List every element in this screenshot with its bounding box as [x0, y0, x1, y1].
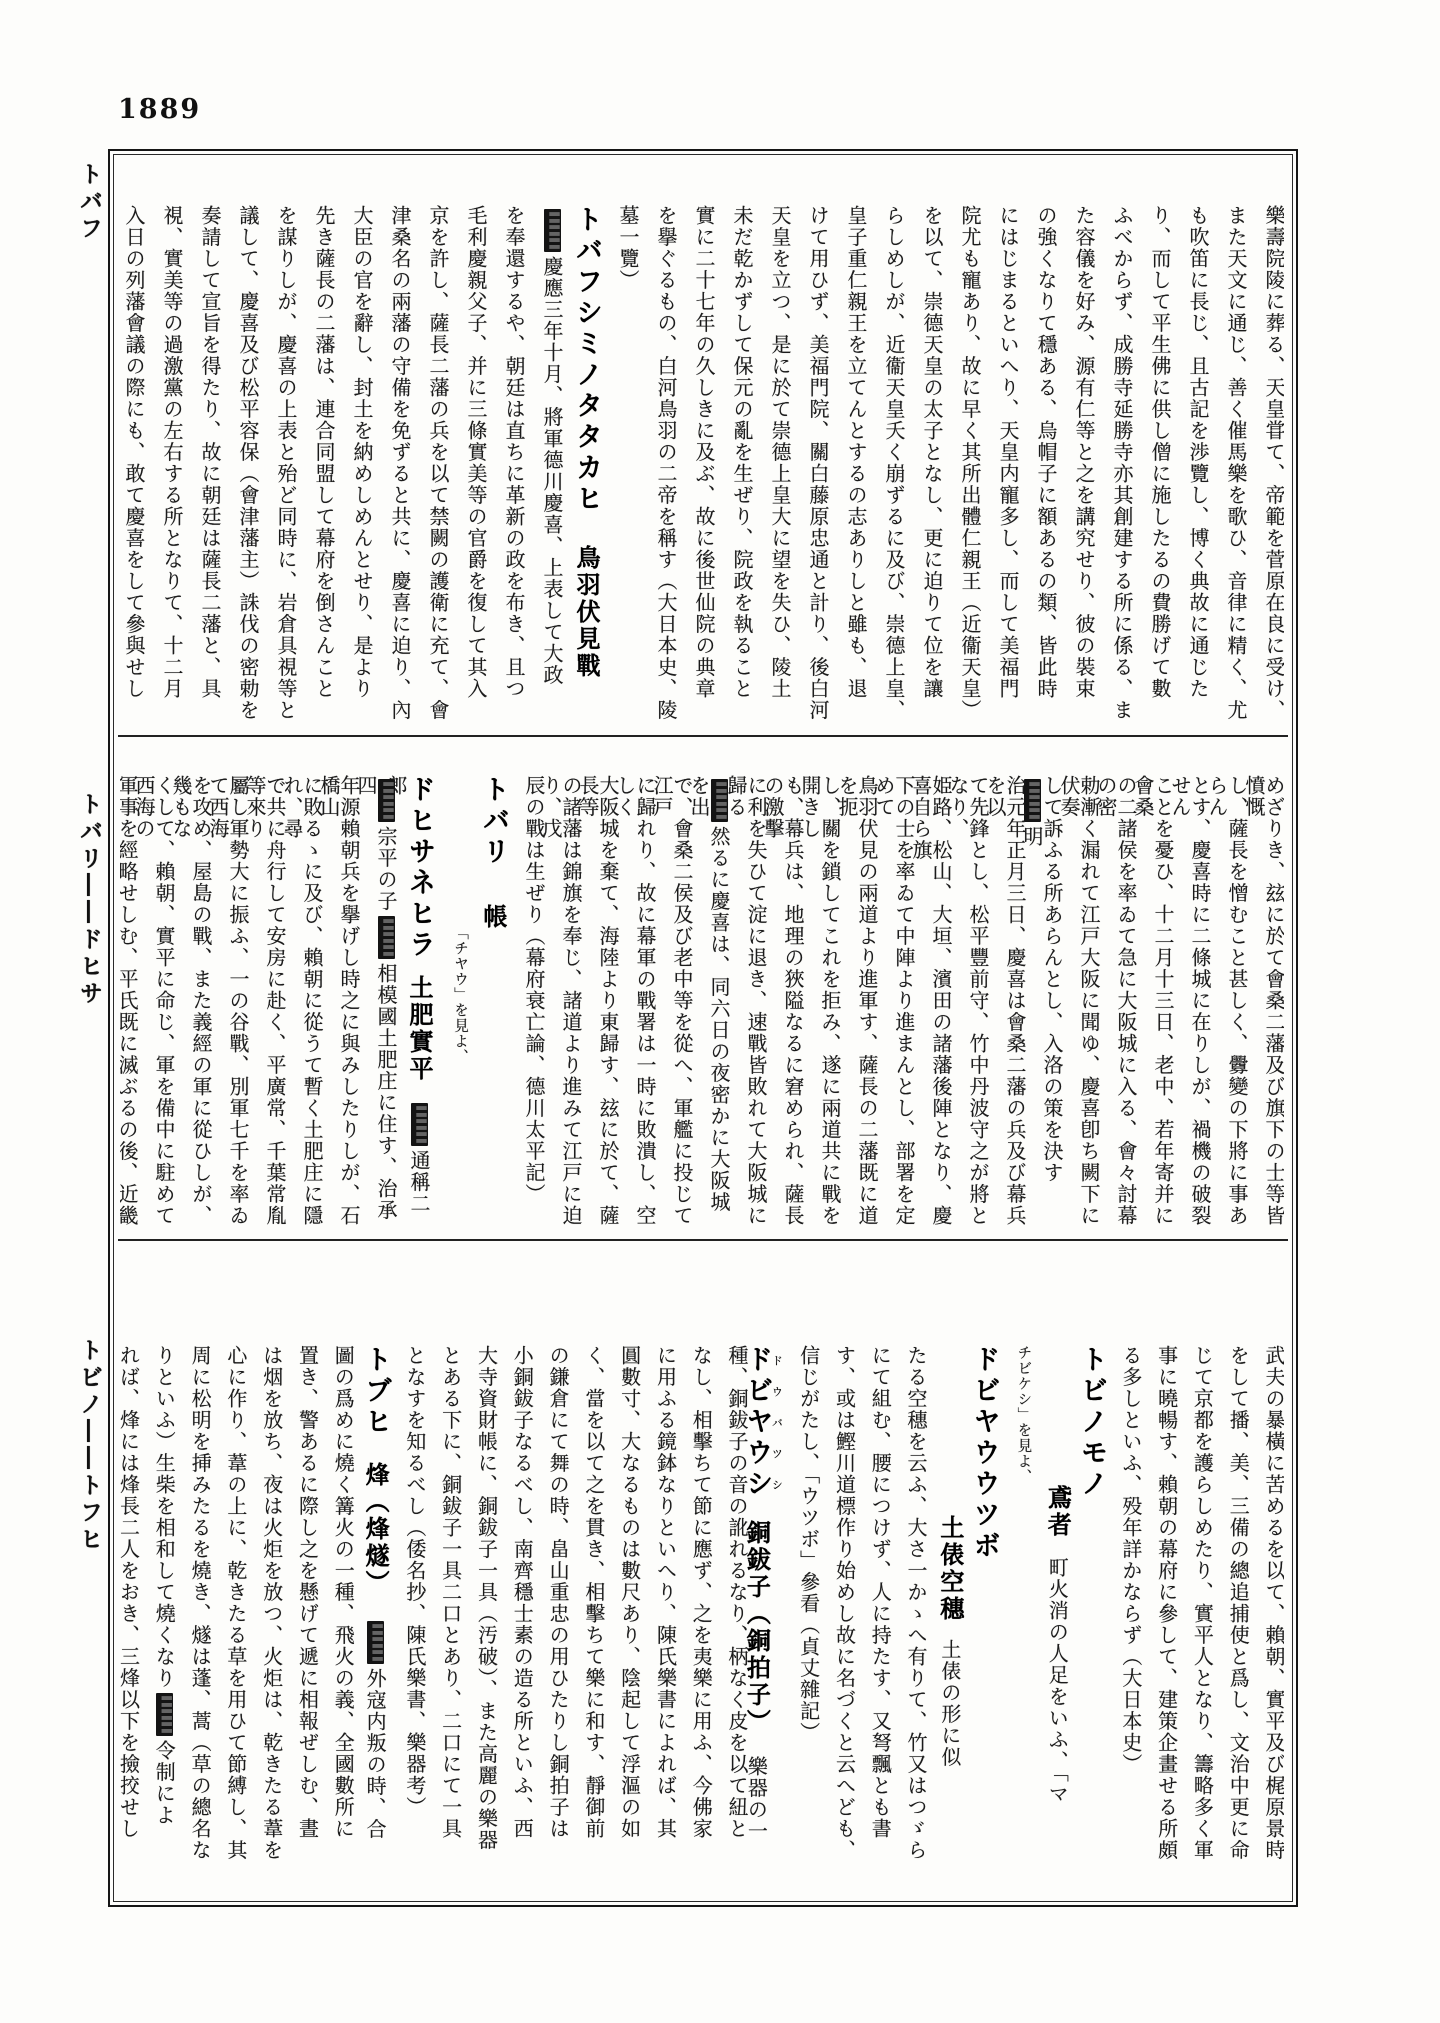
body-text: す、或は鰹川道標作り始めし故に名づくと云へども、 [832, 1345, 856, 1861]
spacing-gap [949, 1345, 951, 1515]
body-text: 武夫の暴橫に苦めるを以て、賴朝、實平及び梶原景時 [1262, 1345, 1284, 1861]
body-text: を謀りしが、慶喜の上表と殆ど同時に、岩倉具視等と [274, 205, 298, 721]
text-column: 津桑名の兩藩の守備を免ずると共に、慶喜に迫り、內 [372, 205, 410, 723]
text-column: ドヒサネヒラ土肥實平〓〓〓通稱二郎 [396, 775, 433, 1233]
text-column: 年源賴朝兵を擧げし時之に與みしたりしが、石橋山 [322, 775, 359, 1233]
text-column: 土俵空穗土俵の形に似 [926, 1345, 962, 1887]
body-text: 毛利慶親父子、并に三條實美等の官爵を復して其入 [464, 205, 488, 700]
text-column: 小銅鈸子なるべし、南齊穩士素の造る所といふ、西 [496, 1345, 532, 1887]
body-text: も吹笛に長じ、且古記を渉覽し、博く典故に通じた [1186, 205, 1210, 700]
text-column: の諸藩は錦旗を奉じ、諸道より進みて江戸に迫り、戊 [544, 775, 581, 1233]
text-column: 辰の戰は生ぜり（幕府衰亡論、德川太平記） [507, 775, 544, 1233]
margin-index-label-tobafu: トバフ [72, 162, 106, 243]
body-text: を擧ぐるもの、白河鳥羽の二帝を稱す（大日本史、陵 [654, 205, 678, 721]
body-text: 置き、警あるに際し之を懸げて遞に相報ぜしむ、晝 [295, 1345, 319, 1840]
body-text: にて組む、腰につけず、人に持たす、又弩飄とも書 [868, 1345, 892, 1840]
body-text: けて用ひず、美福門院、關白藤原忠通と計り、後白河 [806, 205, 830, 721]
text-column: 種、銅鈸子の音の訛れるなり、柄なく皮を以て紐と [711, 1345, 747, 1887]
entry-headword: トバリ [478, 775, 509, 868]
text-column: を謀りしが、慶喜の上表と殆ど同時に、岩倉具視等と [258, 205, 296, 723]
text-column: り、而して平生佛に供し僧に施したるの費勝げて數 [1132, 205, 1170, 723]
text-column: らしめしが、近衞天皇夭く崩ずるに及び、崇德上皇、 [866, 205, 904, 723]
entry-headword: トブヒ [360, 1345, 391, 1438]
text-column: 視、實美等の過激黨の左右する所となりて、十二月 [144, 205, 182, 723]
spacing-gap [949, 1623, 951, 1639]
text-column: に利を失ひて淀に退き、速戰皆敗れて大阪城に歸る [729, 775, 766, 1233]
entry-headword: トビノモノ [1076, 1345, 1107, 1500]
entry-kanji-name: 帳 [479, 904, 508, 931]
text-column: けて用ひず、美福門院、關白藤原忠通と計り、後白河 [790, 205, 828, 723]
body-text: 辰の戰は生ぜり（幕府衰亡論、德川太平記） [522, 775, 546, 1205]
text-column: 心に作り、葦の上に、乾きたる草を用ひて節縛し、其 [210, 1345, 246, 1887]
text-column: 樂壽院陵に葬る、天皇甞て、帝範を菅原在良に受け、 [1246, 205, 1284, 723]
spacing-gap [755, 1736, 757, 1756]
text-column: 議して、慶喜及び松平容保（會津藩主）誅伐の密勅を [220, 205, 258, 723]
text-column: 〓〓〓然るに慶喜は、同六日の夜密かに大阪城を出 [692, 775, 729, 1233]
text-column: す、或は鰹川道標作り始めし故に名づくと云へども、 [819, 1345, 855, 1887]
text-column: して訴ふる所あらんとし、入洛の策を決す〓〓〓明 [1025, 775, 1062, 1233]
text-column: に歸れり、故に幕軍の戰署は一時に敗潰し、空しく [618, 775, 655, 1233]
text-column: 鳶者町火消の人足をいふ、「マ [1033, 1345, 1069, 1887]
text-column: て先鋒とし、松平豐前守、竹中丹波守之が將となり、 [951, 775, 988, 1233]
text-column: めざりき、玆に於て會桑二藩及び旗下の士等皆憤慨 [1247, 775, 1284, 1233]
spacing-gap [1056, 1539, 1058, 1557]
text-column: れば、烽には烽長二人をおき、三烽以下を撿挍せし [120, 1345, 139, 1887]
body-text: なし、相擊ちて節に應ず、之を夷樂に用ふ、今佛家 [689, 1345, 713, 1840]
entry-headword: ドビヤウウツボ [969, 1345, 1000, 1562]
spacing-gap [418, 961, 420, 975]
text-column: 大阪城を棄て、海陸より東歸す、玆に於て、薩長等 [581, 775, 618, 1233]
body-text: また天文に通じ、善く催馬樂を歌ひ、音律に精く、尤 [1224, 205, 1248, 721]
body-text: 圓數寸、大なるものは數尺あり、陰起して浮漚の如 [618, 1345, 642, 1840]
body-text: 津桑名の兩藩の守備を免ずると共に、慶喜に迫り、內 [388, 205, 412, 721]
body-text: らしめしが、近衞天皇夭く崩ずるに及び、崇德上皇、 [882, 205, 906, 721]
row-divider [118, 1239, 1288, 1241]
entry-kanji-name: 鳥羽伏見戰 [572, 545, 601, 680]
text-column: 先き薩長の二藩は、連合同盟して幕府を倒さんこと [296, 205, 334, 723]
body-text: 信じがたし、「ウツボ」參看（貞丈雜記） [797, 1345, 821, 1744]
body-text: 天皇を立つ、是に於て崇德上皇大に望を失ひ、陵土 [768, 205, 792, 700]
text-column: る多しといふ、殁年詳かならず（大日本史） [1105, 1345, 1141, 1887]
body-text: 軍事を經略せしむ、平氏既に滅ぶるの後、近畿の諸國 [120, 775, 139, 1227]
text-column: 周に松明を挿みたるを燒き、燧は蓬、蒿（草の總名な [174, 1345, 210, 1887]
body-text: る多しといふ、殁年詳かならず（大日本史） [1119, 1345, 1143, 1775]
text-column: に用ふる鏡鉢なりといへり、陳氏樂書によれば、其 [640, 1345, 676, 1887]
text-column: 奏請して宣旨を得たり、故に朝廷は薩長二藩と、具 [182, 205, 220, 723]
text-column: また天文に通じ、善く催馬樂を歌ひ、音律に精く、尤 [1208, 205, 1246, 723]
source-tag: 〓〓〓 [367, 1621, 384, 1664]
entry-kanji-name: 烽（烽燧） [361, 1462, 390, 1597]
text-column: ことを憂ひ、十二月十三日、老中、若年寄并に會桑 [1136, 775, 1173, 1233]
text-column: し、薩長を憎むこと甚しく、釁變の下將に事あらん [1210, 775, 1247, 1233]
text-column: く、當を以て之を貫き、相擊ちて樂に和す、靜御前 [568, 1345, 604, 1887]
text-column: 院尤も寵あり、故に早く其所出體仁親王（近衞天皇） [942, 205, 980, 723]
text-column: 軍事を經略せしむ、平氏既に滅ぶるの後、近畿の諸國 [120, 775, 137, 1233]
body-text: 小銅鈸子なるべし、南齊穩士素の造る所といふ、西 [510, 1345, 534, 1840]
body-text: を以て、崇德天皇の太子となし、更に迫りて位を讓 [920, 205, 944, 700]
body-text: 院尤も寵あり、故に早く其所出體仁親王（近衞天皇） [958, 205, 982, 721]
text-column: も吹笛に長じ、且古記を渉覽し、博く典故に通じた [1170, 205, 1208, 723]
body-text: 圖の爲めに燒く篝火の一種、飛火の義、全國數所に [331, 1345, 355, 1840]
body-text: の鎌倉にて舞の時、畠山重忠の用ひたりし銅拍子は [546, 1345, 570, 1840]
text-column: くして、賴朝、實平に命じ、軍を備中に駐めて西海の [137, 775, 174, 1233]
text-column: は烟を放ち、夜は火炬を放つ、火炬は、乾きたる葦を [246, 1345, 282, 1887]
text-column: た容儀を好み、源有仁等と之を講究せり、彼の裝束 [1056, 205, 1094, 723]
text-band-top: 樂壽院陵に葬る、天皇甞て、帝範を菅原在良に受け、また天文に通じ、善く催馬樂を歌ひ… [120, 205, 1284, 723]
body-text: 京を許し、薩長二藩の兵を以て禁闕の護衛に充て、會 [426, 205, 450, 721]
text-column: 下の士を率ゐて中陣より進まんとし、部署を定めて [877, 775, 914, 1233]
body-text: 慶應三年十月、將軍德川慶喜、上表して大政 [540, 256, 564, 686]
text-column: 大臣の官を辭し、封土を納めしめんとせり、是より [334, 205, 372, 723]
text-column: 治元年正月三日、慶喜は會桑二藩の兵及び幕兵を以 [988, 775, 1025, 1233]
spacing-gap [1056, 1345, 1058, 1485]
body-text: 外寇内叛の時、合 [363, 1668, 387, 1840]
body-text: 事に曉暢す、賴朝の幕府に參して、建策企畫せる所頗 [1155, 1345, 1179, 1861]
body-text: 墓一覽） [616, 205, 640, 291]
text-column: 信じがたし、「ウツボ」參看（貞丈雜記） [783, 1345, 819, 1887]
text-column: 〓〓〓宗平の子〓〓〓相模國土肥庄に住す、治承四 [359, 775, 396, 1233]
body-text: にはじまるといへり、天皇内寵多し、而して美福門 [996, 205, 1020, 700]
text-column: 毛利慶親父子、并に三條實美等の官爵を復して其入 [448, 205, 486, 723]
spacing-gap [492, 868, 494, 904]
body-text: ふべからず、成勝寺延勝寺亦其創建する所に係る、ま [1110, 205, 1134, 721]
text-column: にて組む、腰につけず、人に持たす、又弩飄とも書 [854, 1345, 890, 1887]
text-column: 置き、警あるに際し之を懸げて遞に相報ぜしむ、晝 [282, 1345, 318, 1887]
body-text: となすを知るべし（倭名抄、陳氏樂書、樂器考） [403, 1345, 427, 1818]
page-border: 樂壽院陵に葬る、天皇甞て、帝範を菅原在良に受け、また天文に通じ、善く催馬樂を歌ひ… [108, 149, 1298, 1907]
entry-kanji-name: 土俵空穗 [936, 1515, 965, 1623]
text-column: 事に曉暢す、賴朝の幕府に參して、建策企畫せる所頗 [1141, 1345, 1177, 1887]
spacing-gap [374, 1597, 376, 1617]
text-column: で共に舟行して安房に赴く、平廣常、千葉常胤等來り [248, 775, 285, 1233]
body-text: れば、烽には烽長二人をおき、三烽以下を撿挍せし [120, 1345, 141, 1840]
text-column: で、會桑二侯及び老中等を從へ、軍艦に投じて江戸 [655, 775, 692, 1233]
text-column: の強くなりて穩ある、烏帽子に額あるの類、皆此時 [1018, 205, 1056, 723]
text-column: 未だ乾かずして保元の亂を生ぜり、院政を執ること [714, 205, 752, 723]
page-number: 1889 [118, 94, 201, 125]
body-text: 周に松明を挿みたるを燒き、燧は蓬、蒿（草の總名な [188, 1345, 212, 1861]
text-column: 勅漸く漏れて江戸大阪に聞ゆ、慶喜卽ち闕下に伏奏 [1062, 775, 1099, 1233]
text-column: 圖の爲めに燒く篝火の一種、飛火の義、全國數所に [317, 1345, 353, 1887]
body-text: じて京都を護らしめたり、實平人となり、籌略多く軍 [1190, 1345, 1214, 1861]
text-column: 入日の列藩會議の際にも、敢て慶喜をして參與せし [120, 205, 144, 723]
body-text: 樂壽院陵に葬る、天皇甞て、帝範を菅原在良に受け、 [1262, 205, 1284, 721]
text-band-middle: めざりき、玆に於て會桑二藩及び旗下の士等皆憤慨し、薩長を憎むこと甚しく、釁變の下… [120, 775, 1284, 1233]
entry-kanji-name: 土肥實平 [405, 975, 434, 1083]
body-text: 種、銅鈸子の音の訛れるなり、柄なく皮を以て紐と [725, 1345, 749, 1840]
text-column: じて京都を護らしめたり、實平人となり、籌略多く軍 [1177, 1345, 1213, 1887]
spacing-gap [418, 1083, 420, 1099]
source-tag: 〓〓〓 [378, 779, 395, 822]
text-column: とある下に、銅鈸子一具二口とあり、二口にて一具 [425, 1345, 461, 1887]
text-column: にはじまるといへり、天皇内寵多し、而して美福門 [980, 205, 1018, 723]
text-column: トバリ帳 [470, 775, 507, 1233]
body-text: 令制によ [152, 1740, 176, 1826]
text-column: 實に二十七年の久しきに及ぶ、故に後世仙院の典章 [676, 205, 714, 723]
row-divider [118, 735, 1288, 737]
entry-headword: トバフシミノタタカヒ [571, 205, 602, 515]
text-column: 大寺資財帳に、銅鈸子一具（汚破）、また高麗の樂器 [461, 1345, 497, 1887]
entry-headword: ドヒサネヒラ [404, 775, 435, 961]
spacing-gap [374, 1438, 376, 1462]
body-text: り、而して平生佛に供し僧に施したるの費勝げて數 [1148, 205, 1172, 700]
text-column: となすを知るべし（倭名抄、陳氏樂書、樂器考） [389, 1345, 425, 1887]
text-column: 天皇を立つ、是に於て崇德上皇大に望を失ひ、陵土 [752, 205, 790, 723]
text-column: も、幕兵は、地理の狹隘なるに窘められ、薩長の激擊 [766, 775, 803, 1233]
body-text: の強くなりて穩ある、烏帽子に額あるの類、皆此時 [1034, 205, 1058, 700]
text-column: を攻め、屋島の戰、また義經の軍に從ひしが、幾もな [174, 775, 211, 1233]
text-column: りといふ）生柴を相和して燒くなり〓〓〓令制によ [139, 1345, 175, 1887]
spacing-gap [585, 515, 587, 545]
text-column: を奉還するや、朝廷は直ちに革新の政を布き、且つ [486, 205, 524, 723]
text-column: トブヒ烽（烽燧）〓〓〓外寇内叛の時、合 [353, 1345, 389, 1887]
text-column: 「チヤウ」を見よ、 [433, 775, 470, 1233]
text-column: ドビヤウシドウバツシ銅鈸子（銅拍子）樂器の一 [747, 1345, 783, 1887]
body-text: 未だ乾かずして保元の亂を生ぜり、院政を執ること [730, 205, 754, 700]
text-column: の二諸侯を率ゐて急に大阪城に入る、會々討幕の密 [1099, 775, 1136, 1233]
cross-reference-note: 「チヤウ」を見よ、 [452, 925, 468, 1065]
text-column: 圓數寸、大なるものは數尺あり、陰起して浮漚の如 [604, 1345, 640, 1887]
body-text: 入日の列藩會議の際にも、敢て慶喜をして參與せし [122, 205, 146, 700]
source-tag: 〓〓〓 [544, 209, 561, 252]
text-column: 屬し軍勢大に振ふ、一の谷戰、別軍七千を率ゐて西海 [211, 775, 248, 1233]
text-column: 姫路、松山、大垣、濱田の諸藩後陣となり、慶喜自ら旗 [914, 775, 951, 1233]
body-text: く、當を以て之を貫き、相擊ちて樂に和す、靜御前 [582, 1345, 606, 1840]
text-column: 鳥羽伏見の兩道より進軍す、薩長の二藩既に道を扼 [840, 775, 877, 1233]
text-column: とす、慶喜時に二條城に在りしが、禍機の破裂せん [1173, 775, 1210, 1233]
text-column: をして播、美、三備の總追捕使と爲し、文治中更に命 [1212, 1345, 1248, 1887]
body-text: 心に作り、葦の上に、乾きたる草を用ひて節縛し、其 [224, 1345, 248, 1861]
spacing-gap [459, 775, 461, 925]
text-column: し、關を鎖してこれを拒み、遂に兩道共に戰を開きし [803, 775, 840, 1233]
text-column: を擧ぐるもの、白河鳥羽の二帝を稱す（大日本史、陵 [638, 205, 676, 723]
text-column: トビノモノ [1069, 1345, 1105, 1887]
text-column: 皇子重仁親王を立てんとするの志ありしと雖も、退 [828, 205, 866, 723]
text-column: 武夫の暴橫に苦めるを以て、賴朝、實平及び梶原景時 [1248, 1345, 1284, 1887]
body-text: 實に二十七年の久しきに及ぶ、故に後世仙院の典章 [692, 205, 716, 700]
text-column: に敗るゝに及び、賴朝に從うて暫く土肥庄に隱れ、尋 [285, 775, 322, 1233]
entry-kanji-name: 鳶者 [1043, 1485, 1072, 1539]
text-band-bottom: 武夫の暴橫に苦めるを以て、賴朝、實平及び梶原景時をして播、美、三備の總追捕使と爲… [120, 1345, 1284, 1887]
text-column: を以て、崇德天皇の太子となし、更に迫りて位を讓 [904, 205, 942, 723]
body-text: 町火消の人足をいふ、「マ [1045, 1557, 1069, 1805]
text-column: トバフシミノタタカヒ鳥羽伏見戰 [562, 205, 600, 723]
source-tag: 〓〓〓 [156, 1693, 173, 1736]
body-text: 土俵の形に似 [938, 1639, 962, 1768]
source-tag: 〓〓〓 [711, 779, 728, 822]
source-tag: 〓〓〓 [378, 916, 395, 959]
text-column: ドビヤウウツボ [962, 1345, 998, 1887]
cross-reference-note: チビケシ」を見よ、 [1015, 1345, 1031, 1485]
body-text: をして播、美、三備の總追捕使と爲し、文治中更に命 [1226, 1345, 1250, 1861]
body-text: たる空穗を云ふ、大さ一かゝへ有りて、竹又はつゞら [904, 1345, 928, 1861]
body-text: 奏請して宣旨を得たり、故に朝廷は薩長二藩と、具 [198, 205, 222, 700]
body-text: 皇子重仁親王を立てんとするの志ありしと雖も、退 [844, 205, 868, 700]
text-column: 墓一覽） [600, 205, 638, 723]
body-text: 議して、慶喜及び松平容保（會津藩主）誅伐の密勅を [236, 205, 260, 721]
body-text: 先き薩長の二藩は、連合同盟して幕府を倒さんこと [312, 205, 336, 700]
text-column: 〓〓〓慶應三年十月、將軍德川慶喜、上表して大政 [524, 205, 562, 723]
body-text: 視、實美等の過激黨の左右する所となりて、十二月 [160, 205, 184, 700]
body-text: とある下に、銅鈸子一具二口とあり、二口にて一具 [439, 1345, 463, 1840]
source-tag: 〓〓〓 [411, 1103, 428, 1146]
text-column: チビケシ」を見よ、 [998, 1345, 1034, 1887]
text-column: 京を許し、薩長二藩の兵を以て禁闕の護衛に充て、會 [410, 205, 448, 723]
body-text: に用ふる鏡鉢なりといへり、陳氏樂書によれば、其 [653, 1345, 677, 1840]
text-column: たる空穗を云ふ、大さ一かゝへ有りて、竹又はつゞら [890, 1345, 926, 1887]
text-column: ふべからず、成勝寺延勝寺亦其創建する所に係る、ま [1094, 205, 1132, 723]
margin-index-label-tobari-dohisa: トバリ――ドヒサ [72, 792, 106, 1008]
text-column: の鎌倉にて舞の時、畠山重忠の用ひたりし銅拍子は [532, 1345, 568, 1887]
body-text: 大臣の官を辭し、封土を納めしめんとせり、是より [350, 205, 374, 700]
spacing-gap [755, 1500, 757, 1520]
text-column: なし、相擊ちて節に應ず、之を夷樂に用ふ、今佛家 [675, 1345, 711, 1887]
body-text: は烟を放ち、夜は火炬を放つ、火炬は、乾きたる葦を [260, 1345, 284, 1861]
body-text: 宗平の子 [374, 826, 398, 912]
body-text: 大寺資財帳に、銅鈸子一具（汚破）、また高麗の樂器 [474, 1345, 498, 1851]
body-text: た容儀を好み、源有仁等と之を講究せり、彼の裝束 [1072, 205, 1096, 700]
margin-index-label-tobino-tofuhi: トビノ――トフヒ [72, 1338, 106, 1554]
body-text: りといふ）生柴を相和して燒くなり [152, 1345, 176, 1689]
body-text: を奉還するや、朝廷は直ちに革新の政を布き、且つ [502, 205, 526, 700]
